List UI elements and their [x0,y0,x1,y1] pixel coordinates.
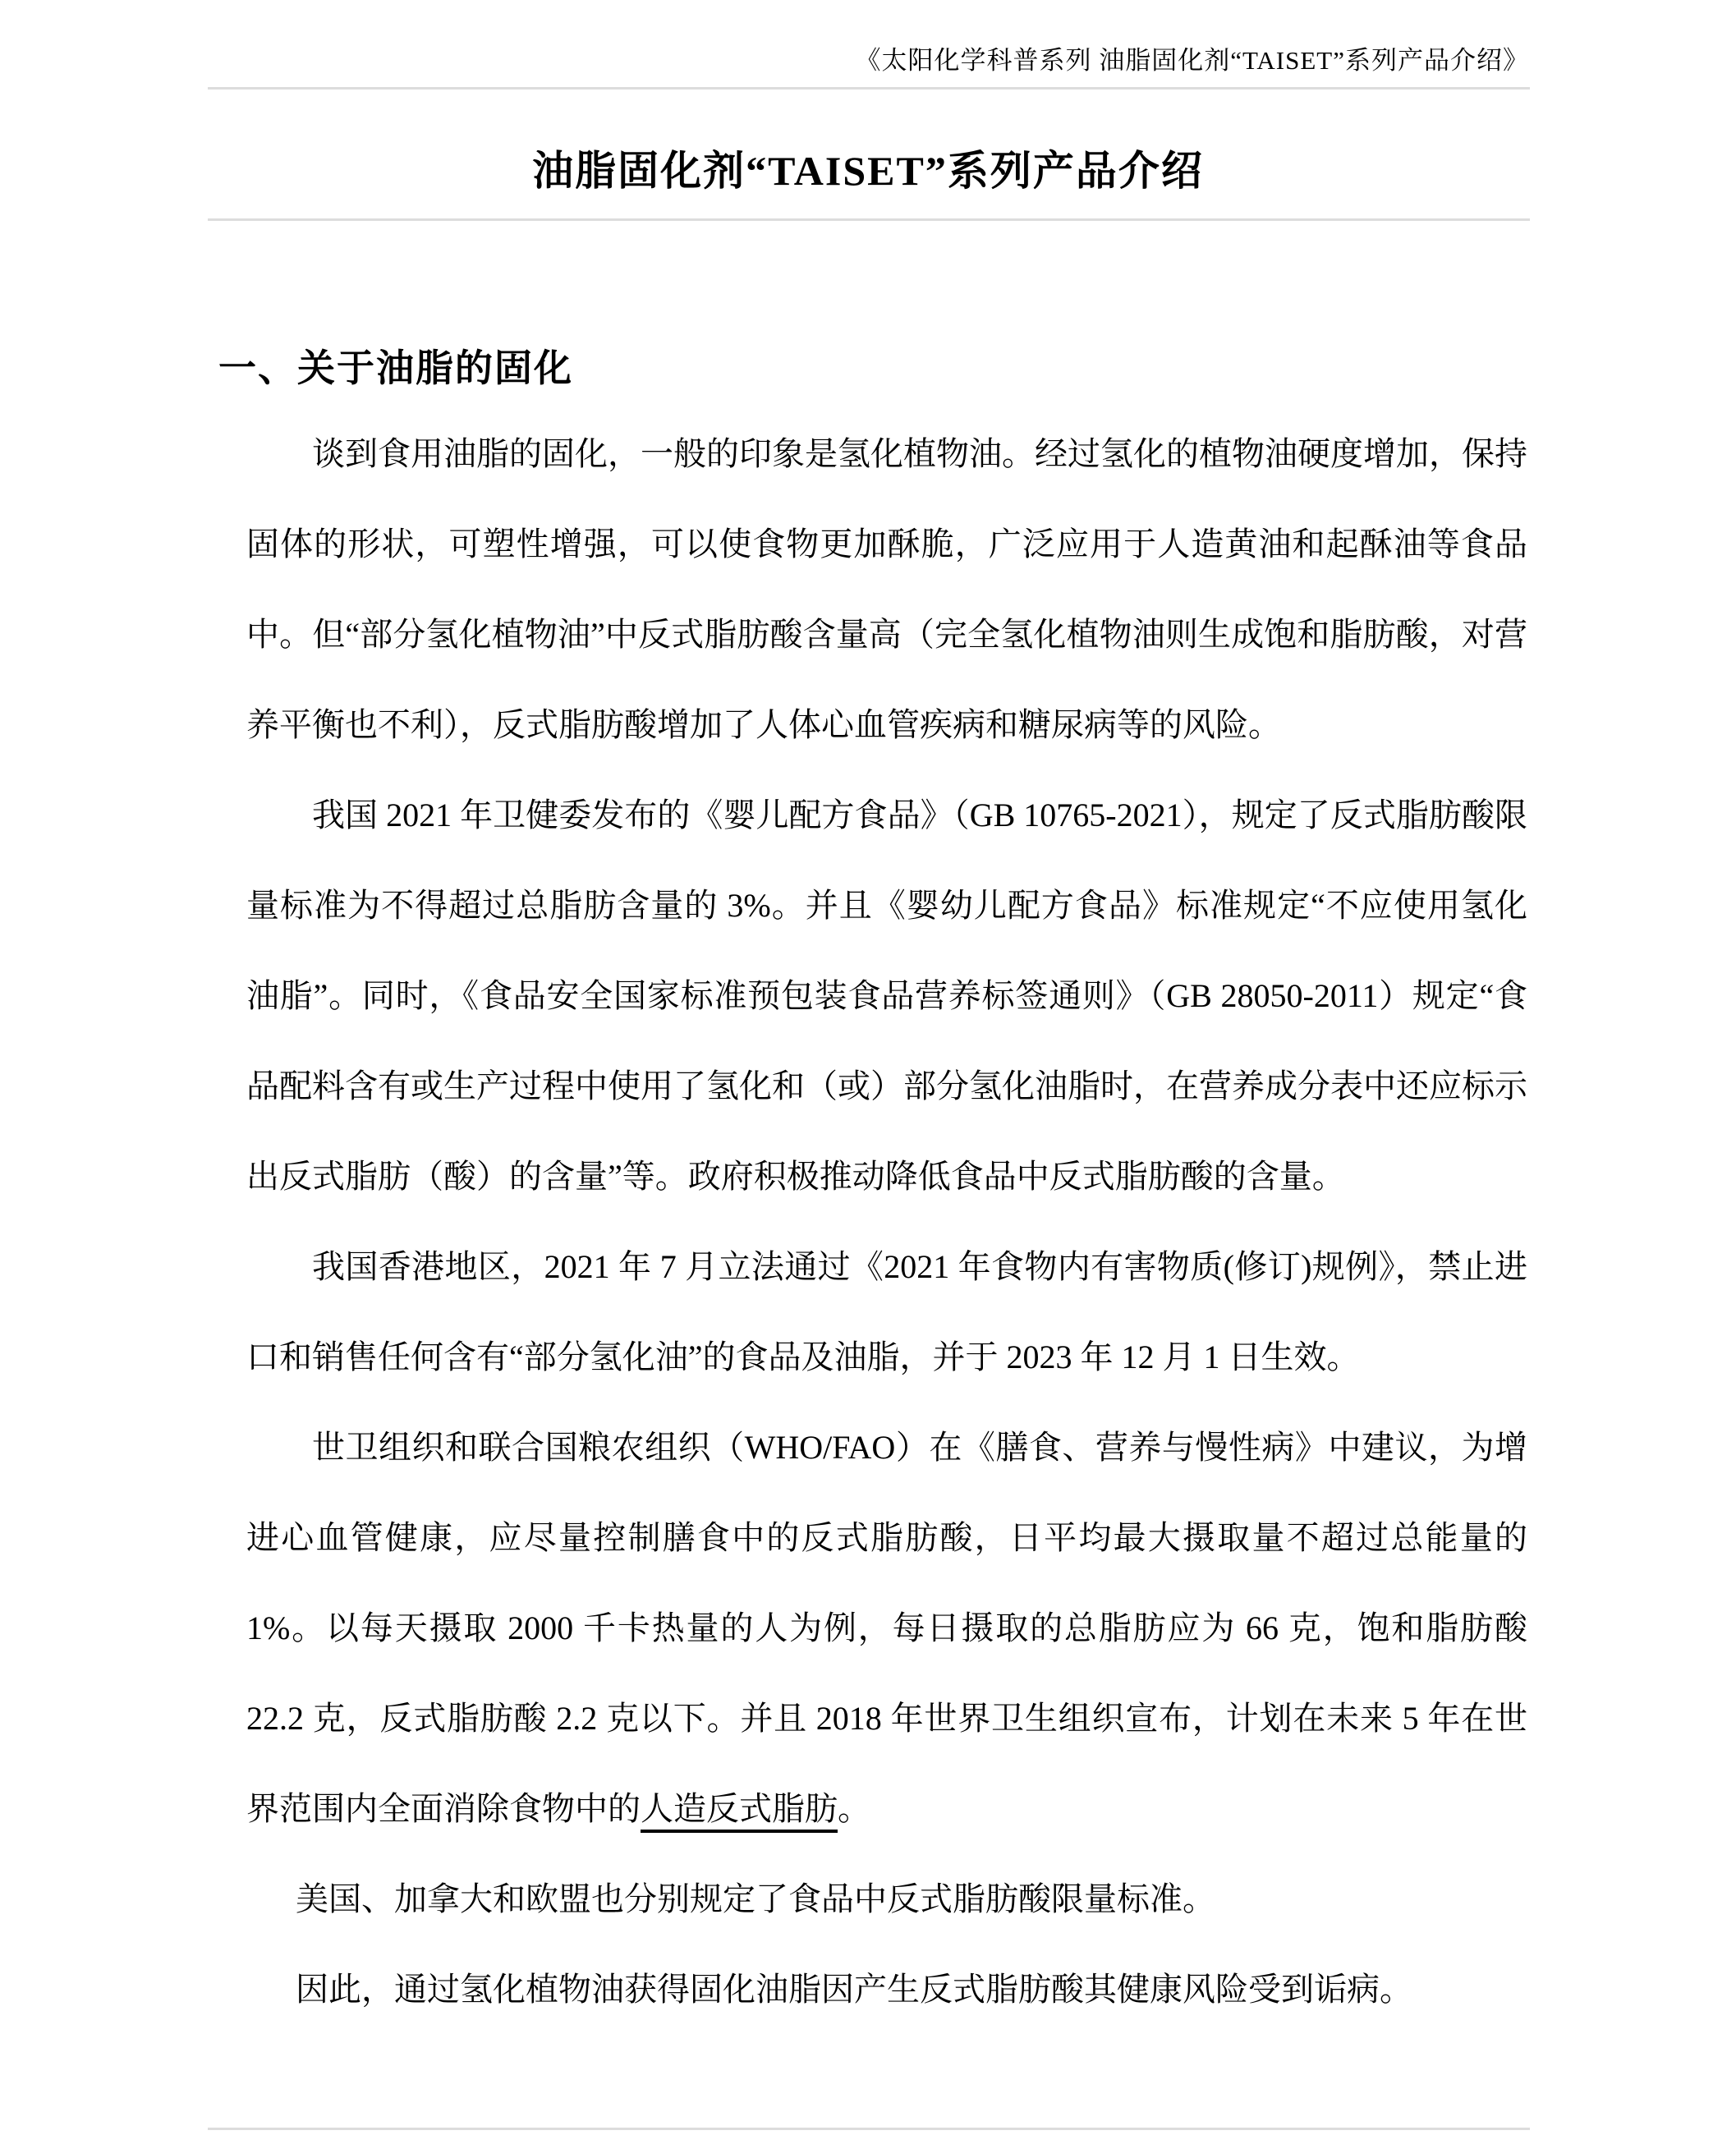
paragraph-hydrogenation-intro: 谈到食用油脂的固化，一般的印象是氢化植物油。经过氢化的植物油硬度增加，保持固体的… [246,409,1527,770]
page-title: 油脂固化剂“TAISET”系列产品介绍 [0,138,1736,197]
section-heading: 一、关于油脂的固化 [218,338,573,393]
underlined-artificial-trans-fat: 人造反式脂肪 [641,1790,838,1827]
paragraph-who-fao-recommendation: 世卫组织和联合国粮农组织（WHO/FAO）在《膳食、营养与慢性病》中建议，为增进… [246,1403,1527,1854]
paragraph-who-fao-text: 世卫组织和联合国粮农组织（WHO/FAO）在《膳食、营养与慢性病》中建议，为增进… [246,1429,1527,1827]
paragraph-conclusion: 因此，通过氢化植物油获得固化油脂因产生反式脂肪酸其健康风险受到诟病。 [246,1944,1527,2035]
paragraph-hongkong-regulation: 我国香港地区，2021 年 7 月立法通过《2021 年食物内有害物质(修订)规… [246,1222,1527,1403]
running-header: 《太阳化学科普系列 油脂固化剂“TAISET”系列产品介绍》 [209,39,1529,76]
body-text: 谈到食用油脂的固化，一般的印象是氢化植物油。经过氢化的植物油硬度增加，保持固体的… [246,409,1527,2035]
title-divider [208,218,1530,221]
header-divider [208,87,1530,90]
paragraph-us-canada-eu: 美国、加拿大和欧盟也分别规定了食品中反式脂肪酸限量标准。 [246,1854,1527,1944]
paragraph-who-fao-period: 。 [838,1790,870,1827]
document-page: 《太阳化学科普系列 油脂固化剂“TAISET”系列产品介绍》 油脂固化剂“TAI… [0,0,1736,2135]
bottom-divider [208,2128,1530,2130]
paragraph-china-standards: 我国 2021 年卫健委发布的《婴儿配方食品》（GB 10765-2021），规… [246,770,1527,1222]
